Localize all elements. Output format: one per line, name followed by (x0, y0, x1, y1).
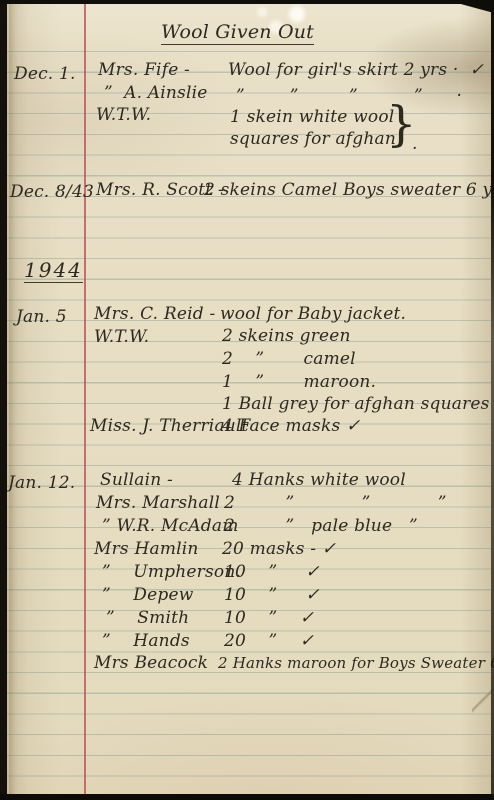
item-text: 10 ” ✓ (224, 610, 314, 627)
item-text: 2 ” pale blue ” (224, 518, 418, 535)
scan-shadow (457, 36, 491, 112)
recipient-name: Mrs. Marshall (96, 495, 220, 512)
entry-date: Dec. 1. (14, 66, 76, 83)
scan-edge-top (0, 0, 494, 4)
item-text: 2 Hanks maroon for Boys Sweater 6 yrs (218, 656, 494, 671)
year-heading: 1944 (24, 260, 83, 283)
scan-corner-top-right (446, 0, 494, 13)
recipient-name: ” A. Ainslie (104, 85, 208, 102)
binding-crease (9, 0, 18, 800)
item-text: 10 ” ✓ (224, 587, 320, 604)
item-text: 2 skeins green (222, 328, 351, 345)
item-text: 4 Face masks ✓ (222, 418, 360, 435)
item-text: 4 Hanks white wool (232, 472, 406, 489)
page-fold-crease (472, 686, 492, 716)
recipient-name: Mrs. Fife - (98, 62, 190, 79)
ledger-page: Wool Given Out 1944 Dec. 1.Mrs. Fife -” … (0, 0, 494, 800)
page-title: Wool Given Out (161, 23, 314, 45)
recipient-name: Sullain - (100, 472, 173, 489)
red-margin-line (84, 4, 86, 794)
item-text: wool for Baby jacket. (220, 306, 406, 323)
recipient-name: Mrs Hamlin (94, 541, 199, 558)
item-text: 2 ” ” ” (224, 495, 447, 512)
item-text: squares for afghan (230, 131, 396, 148)
item-text: . (412, 136, 418, 153)
recipient-name: W.T.W. (94, 329, 149, 346)
entry-date: Jan. 12. (8, 475, 75, 492)
item-text: Wool for girl's skirt 2 yrs · ✓ (228, 62, 484, 79)
recipient-name: Mrs. C. Reid - (94, 306, 215, 323)
recipient-name: Mrs Beacock (94, 655, 208, 672)
item-text: 20 masks - ✓ (222, 541, 336, 558)
item-text: 1 ” maroon. (222, 374, 376, 391)
item-text: ” ” ” ” · ✓ (236, 88, 494, 105)
item-text: 2 ” camel (222, 351, 356, 368)
item-text: 2 skeins Camel Boys sweater 6 yrs. (204, 182, 494, 199)
recipient-name: ” Smith (106, 610, 189, 627)
recipient-name: W.T.W. (96, 107, 151, 124)
scan-edge-bottom (0, 794, 494, 800)
recipient-name: ” Hands (102, 633, 190, 650)
scan-edge-left (0, 0, 7, 800)
item-text: 1 skein white wool (230, 109, 394, 126)
item-text: 20 ” ✓ (224, 633, 314, 650)
recipient-name: ” W.R. McAdam (102, 518, 239, 535)
entry-date: Jan. 5 (16, 309, 67, 326)
recipient-name: ” Depew (102, 587, 194, 604)
item-text: 10 ” ✓ (224, 564, 320, 581)
recipient-name: ” Umpherson. (102, 564, 241, 581)
item-text: 1 Ball grey for afghan squares - (222, 396, 494, 413)
entry-date: Dec. 8/43 (10, 184, 94, 201)
